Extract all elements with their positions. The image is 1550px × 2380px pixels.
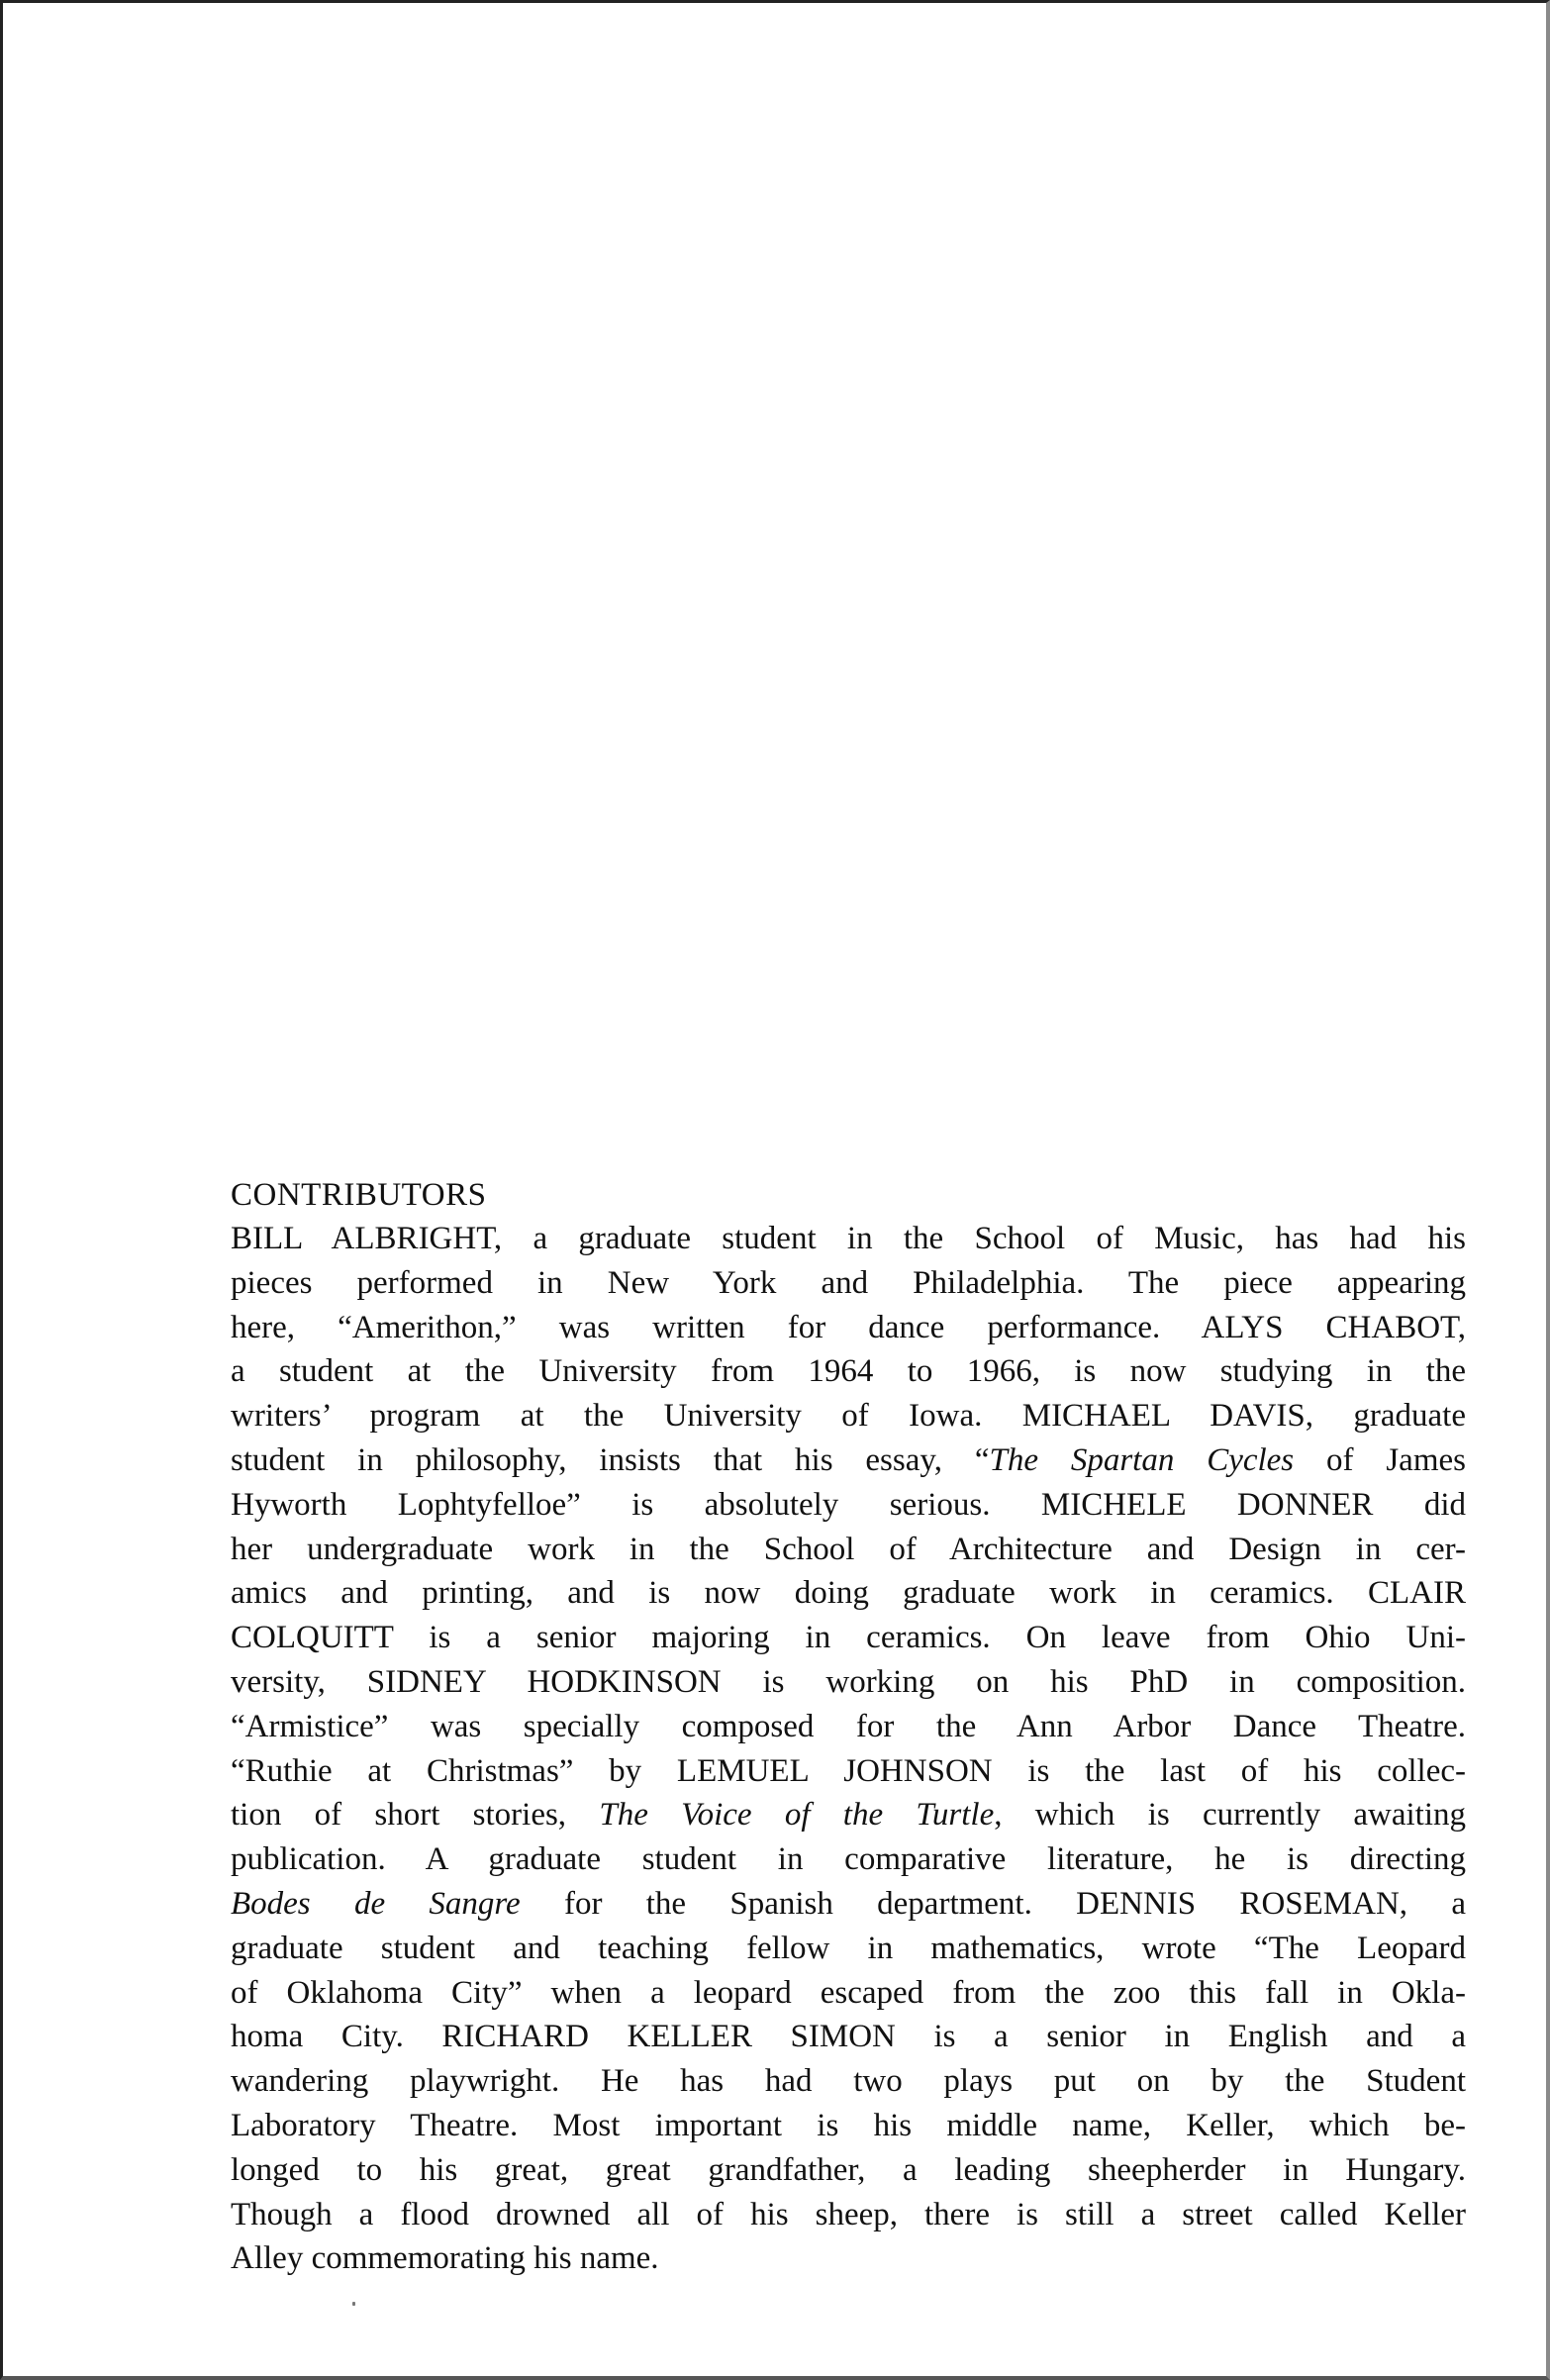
text-line: here, “Amerithon,” was written for dance…: [231, 1306, 1466, 1350]
text-line: versity, SIDNEY HODKINSON is working on …: [231, 1660, 1466, 1705]
text-line: Bodes de Sangre for the Spanish departme…: [231, 1882, 1466, 1927]
text-line: her undergraduate work in the School of …: [231, 1528, 1466, 1572]
italic-title: Bodes de Sangre: [231, 1886, 521, 1922]
scan-speck: [352, 2302, 355, 2306]
text-line: longed to his great, great grandfather, …: [231, 2148, 1466, 2193]
text-line: Laboratory Theatre. Most important is hi…: [231, 2104, 1466, 2148]
text-line: writers’ program at the University of Io…: [231, 1394, 1466, 1438]
contributors-text: BILL ALBRIGHT, a graduate student in the…: [231, 1217, 1466, 2281]
italic-title: The Spartan Cycles: [989, 1442, 1294, 1478]
text-line: of Oklahoma City” when a leopard escaped…: [231, 1971, 1466, 2016]
section-heading: CONTRIBUTORS: [231, 1173, 1466, 1217]
text-line: pieces performed in New York and Philade…: [231, 1261, 1466, 1306]
text-line: homa City. RICHARD KELLER SIMON is a sen…: [231, 2015, 1466, 2059]
text-line: Alley commemorating his name.: [231, 2236, 1466, 2281]
text-line: Though a flood drowned all of his sheep,…: [231, 2193, 1466, 2237]
text-line: BILL ALBRIGHT, a graduate student in the…: [231, 1217, 1466, 1261]
text-line: Hyworth Lophtyfelloe” is absolutely seri…: [231, 1483, 1466, 1528]
text-line: tion of short stories, The Voice of the …: [231, 1793, 1466, 1837]
text-line: publication. A graduate student in compa…: [231, 1837, 1466, 1882]
text-line: COLQUITT is a senior majoring in ceramic…: [231, 1616, 1466, 1660]
text-line: amics and printing, and is now doing gra…: [231, 1571, 1466, 1616]
text-line: wandering playwright. He has had two pla…: [231, 2059, 1466, 2104]
italic-title: The Voice of the Turtle: [599, 1797, 994, 1833]
text-line: a student at the University from 1964 to…: [231, 1349, 1466, 1394]
text-line: graduate student and teaching fellow in …: [231, 1927, 1466, 1971]
text-line: “Armistice” was specially composed for t…: [231, 1705, 1466, 1749]
text-line: student in philosophy, insists that his …: [231, 1438, 1466, 1483]
contributors-section: CONTRIBUTORS BILL ALBRIGHT, a graduate s…: [231, 1173, 1466, 2281]
page: CONTRIBUTORS BILL ALBRIGHT, a graduate s…: [0, 0, 1550, 2380]
text-line: “Ruthie at Christmas” by LEMUEL JOHNSON …: [231, 1749, 1466, 1794]
